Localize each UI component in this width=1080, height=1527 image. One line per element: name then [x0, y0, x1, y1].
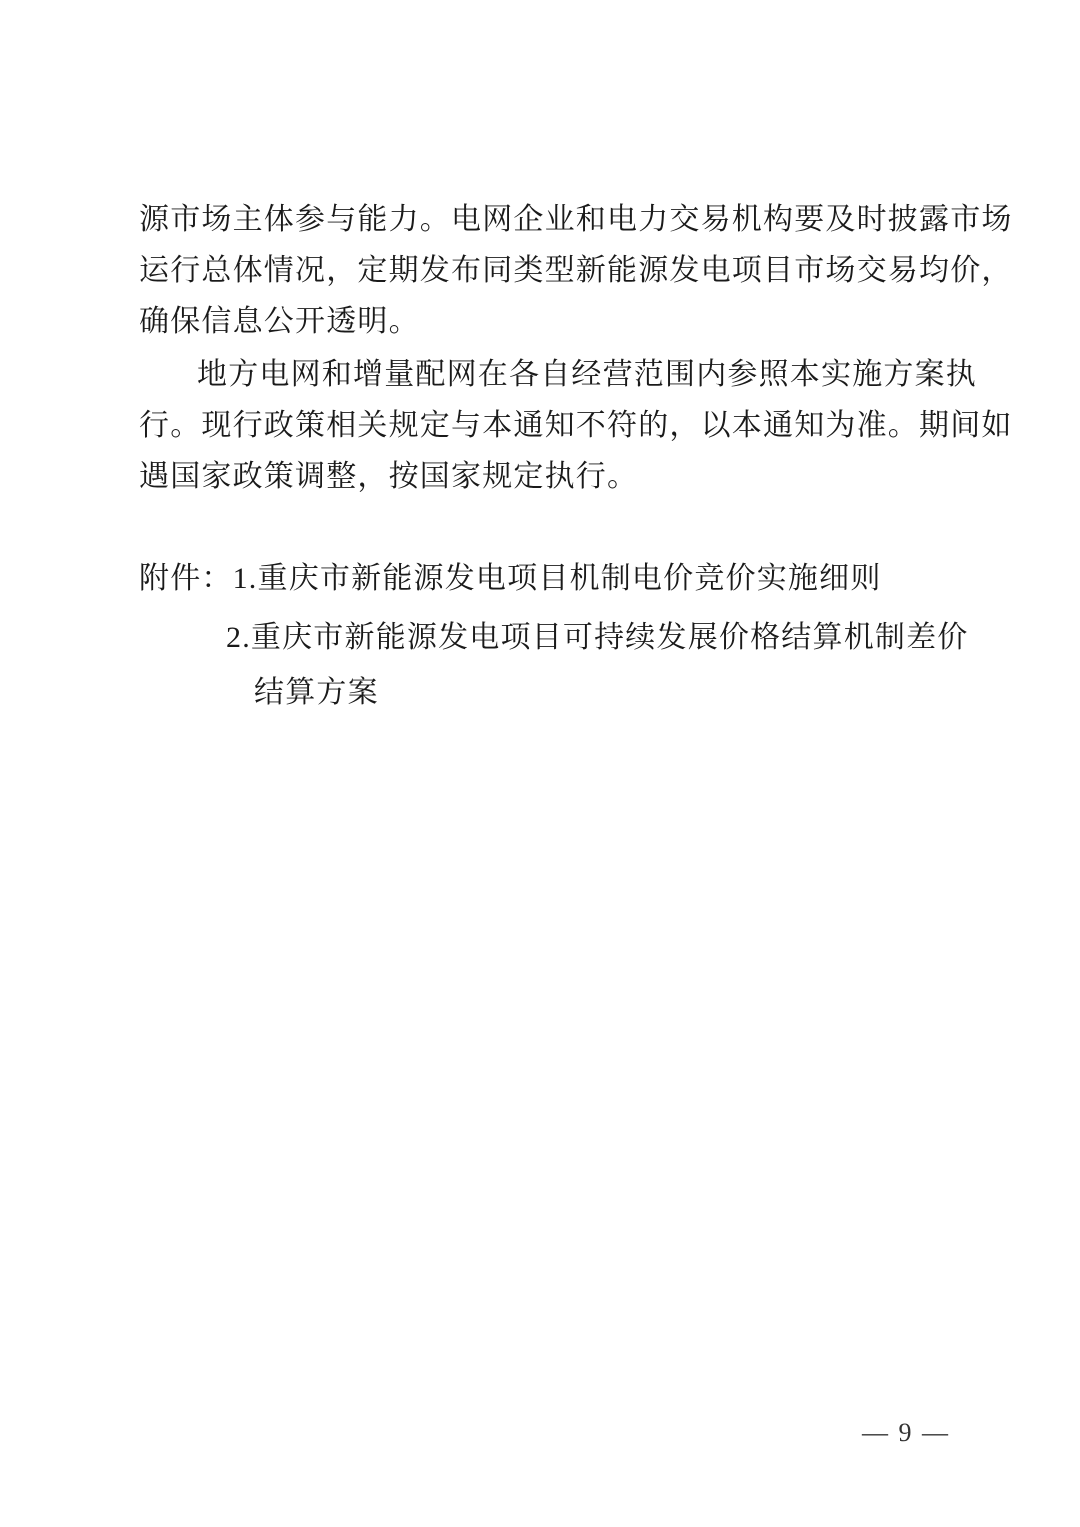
paragraph-2-line-2: 行。现行政策相关规定与本通知不符的，以本通知为准。期间如 [139, 406, 944, 446]
document-page: 源市场主体参与能力。电网企业和电力交易机构要及时披露市场 运行总体情况，定期发布… [0, 0, 1080, 1527]
paragraph-1-line-1: 源市场主体参与能力。电网企业和电力交易机构要及时披露市场 [139, 200, 944, 240]
paragraph-1-line-3: 确保信息公开透明。 [139, 302, 944, 342]
attachment-1-number: 1. [233, 562, 258, 595]
paragraph-1-line-2: 运行总体情况，定期发布同类型新能源发电项目市场交易均价， [139, 251, 944, 291]
attachment-label: 附件： [139, 561, 233, 596]
paragraph-2-line-1: 地方电网和增量配网在各自经营范围内参照本实施方案执 [197, 355, 944, 395]
page-number: — 9 — [862, 1418, 950, 1448]
attachment-2-number: 2. [226, 621, 251, 654]
attachment-item-1: 附件：1.重庆市新能源发电项目机制电价竞价实施细则 [139, 559, 839, 599]
paragraph-2-line-3: 遇国家政策调整，按国家规定执行。 [139, 457, 944, 497]
attachment-2-title-line-1: 重庆市新能源发电项目可持续发展价格结算机制差价 [251, 620, 969, 655]
attachment-item-2: 2.重庆市新能源发电项目可持续发展价格结算机制差价 [226, 618, 944, 658]
attachment-2-title-line-2: 结算方案 [254, 673, 554, 713]
attachment-1-title: 重庆市新能源发电项目机制电价竞价实施细则 [258, 561, 882, 596]
